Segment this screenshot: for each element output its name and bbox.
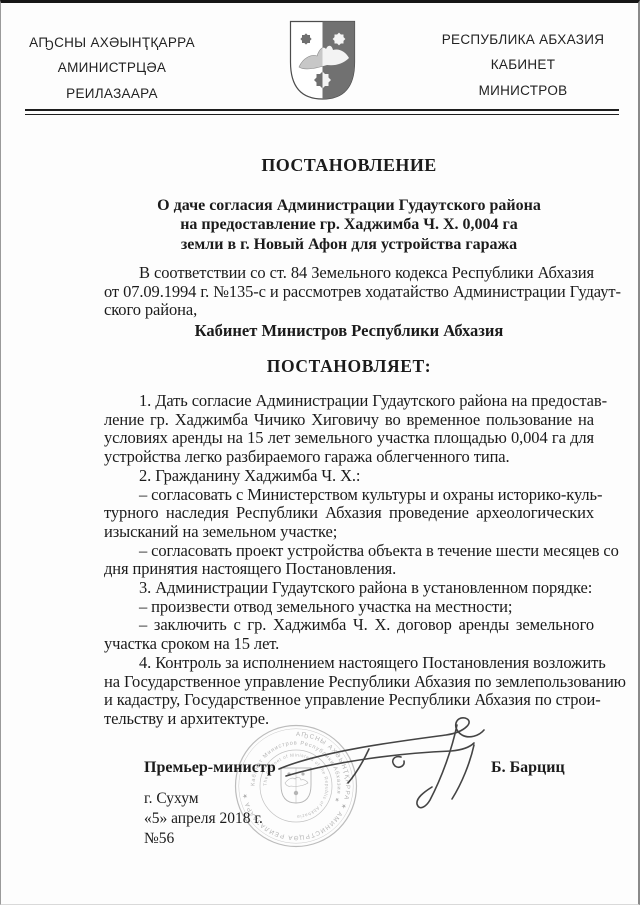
body-line: турного наследия Республики Абхазия пров… xyxy=(104,504,594,523)
body-line: на Государственное управление Республики… xyxy=(104,673,594,692)
page-title: ПОСТАНОВЛЕНИЕ xyxy=(104,155,594,176)
decree-verb: ПОСТАНОВЛЯЕТ: xyxy=(104,356,594,377)
subject-line: земли в г. Новый Афон для устройства гар… xyxy=(104,235,594,254)
decree-number: №56 xyxy=(144,830,174,848)
body-line: 4. Контроль за исполнением настоящего По… xyxy=(104,654,594,673)
header-abkhaz-name: АҦСНЫ АХӘЫНҬҚАРРА АМИНИСТРЦӘА РЕИЛАЗААРА xyxy=(26,30,198,106)
preamble-line: ского района, xyxy=(104,301,594,320)
body-line: изысканий на земельном участке; xyxy=(104,523,594,542)
body-line: – согласовать проект устройства объекта … xyxy=(104,542,594,561)
preamble-line: В соответствии со ст. 84 Земельного коде… xyxy=(104,264,594,283)
header-abkhaz-line-2: АМИНИСТРЦӘА xyxy=(26,55,198,80)
signature-name: Б. Барциц xyxy=(491,759,565,777)
preamble-line: от 07.09.1994 г. №135-с и рассмотрев ход… xyxy=(104,283,594,302)
header-abkhaz-line-3: РЕИЛАЗААРА xyxy=(26,81,198,106)
body-line: 2. Гражданину Хаджимба Ч. Х.: xyxy=(104,467,594,486)
star-top-right xyxy=(333,33,346,46)
body-line: 1. Дать согласие Администрации Гудаутско… xyxy=(104,392,594,411)
body-line: условиях аренды на 15 лет земельного уча… xyxy=(104,429,594,448)
header-russian-line-1: РЕСПУБЛИКА АБХАЗИЯ xyxy=(439,27,607,52)
preamble: В соответствии со ст. 84 Земельного коде… xyxy=(104,264,594,320)
subject-line: на предоставление гр. Хаджимба Ч. Х. 0,0… xyxy=(104,215,594,234)
header-russian-name: РЕСПУБЛИКА АБХАЗИЯ КАБИНЕТ МИНИСТРОВ xyxy=(439,27,607,103)
header-divider xyxy=(25,109,619,115)
star-top-left xyxy=(300,33,311,44)
decree-subject: О даче согласия Администрации Гудаутског… xyxy=(104,196,594,254)
star-bottom xyxy=(314,72,331,89)
decree-document-page: АҦСНЫ АХӘЫНҬҚАРРА АМИНИСТРЦӘА РЕИЛАЗААРА xyxy=(0,0,640,905)
body-line: 3. Администрации Гудаутского района в ус… xyxy=(104,579,594,598)
header-abkhaz-line-1: АҦСНЫ АХӘЫНҬҚАРРА xyxy=(26,30,198,55)
subject-line: О даче согласия Администрации Гудаутског… xyxy=(104,196,594,215)
header-russian-line-3: МИНИСТРОВ xyxy=(439,78,607,103)
signature-date: «5» апреля 2018 г. xyxy=(144,810,263,828)
body-line: устройства легко разбираемого гаража обл… xyxy=(104,448,594,467)
body-line: дня принятия настоящего Постановления. xyxy=(104,560,594,579)
body-line: – согласовать с Министерством культуры и… xyxy=(104,486,594,505)
header-russian-line-2: КАБИНЕТ xyxy=(439,52,607,77)
signature-city: г. Сухум xyxy=(144,790,199,808)
handwritten-signature xyxy=(251,703,491,823)
body-line: участка сроком на 15 лет. xyxy=(104,635,594,654)
coat-of-arms-icon xyxy=(289,20,356,102)
decree-body: 1. Дать согласие Администрации Гудаутско… xyxy=(104,392,594,729)
issuing-body: Кабинет Министров Республики Абхазия xyxy=(104,321,594,341)
body-line: ление гр. Хаджимба Чичико Хиговичу во вр… xyxy=(104,411,594,430)
body-line: – произвести отвод земельного участка на… xyxy=(104,598,594,617)
body-line: – заключить с гр. Хаджимба Ч. Х. договор… xyxy=(104,616,594,635)
signature-role: Премьер-министр xyxy=(144,759,276,777)
